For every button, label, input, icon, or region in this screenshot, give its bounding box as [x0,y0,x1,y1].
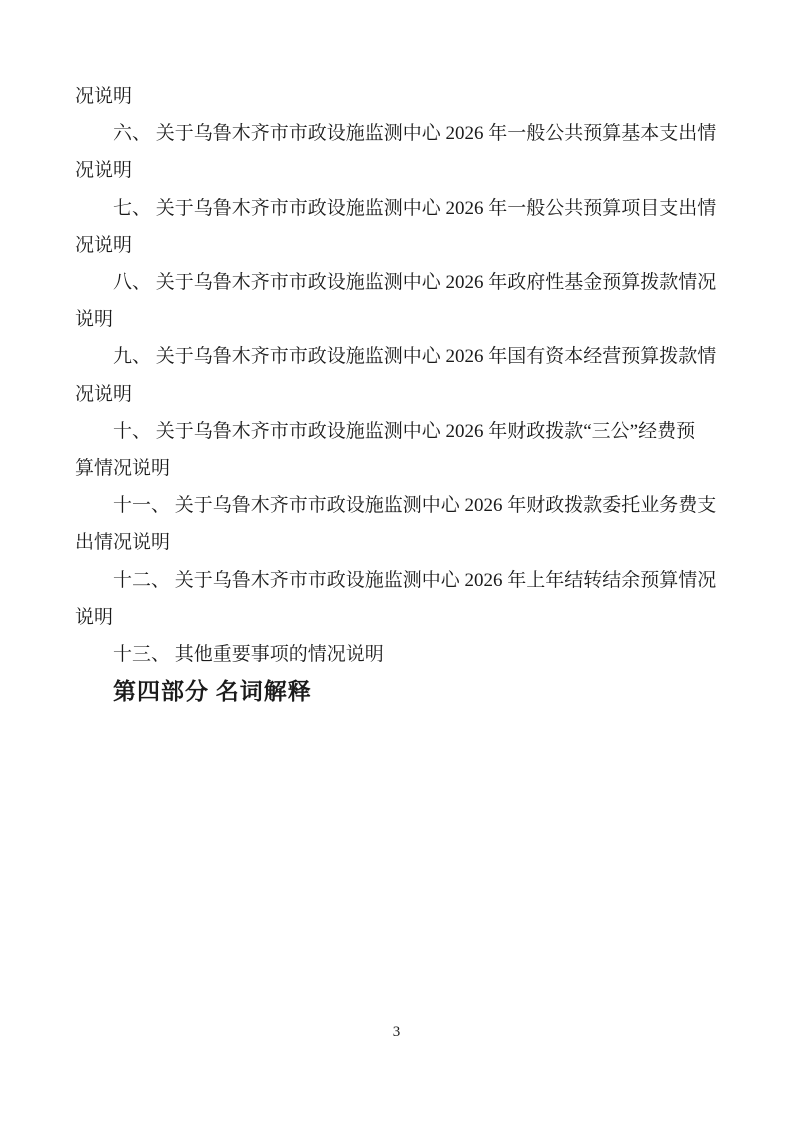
toc-item-12-line1: 十二、 关于乌鲁木齐市市政设施监测中心 2026 年上年结转结余预算情况 [75,562,725,599]
toc-item-10-line1: 十、 关于乌鲁木齐市市政设施监测中心 2026 年财政拨款“三公”经费预 [75,413,725,450]
toc-item-8-line2: 说明 [75,301,725,338]
document-page: 况说明 六、 关于乌鲁木齐市市政设施监测中心 2026 年一般公共预算基本支出情… [0,0,793,1122]
toc-item-11-line1: 十一、 关于乌鲁木齐市市政设施监测中心 2026 年财政拨款委托业务费支 [75,487,725,524]
section-4-heading: 第四部分 名词解释 [75,673,725,710]
toc-item-12-line2: 说明 [75,599,725,636]
toc-item-9-line1: 九、 关于乌鲁木齐市市政设施监测中心 2026 年国有资本经营预算拨款情 [75,338,725,375]
toc-item-8-line1: 八、 关于乌鲁木齐市市政设施监测中心 2026 年政府性基金预算拨款情况 [75,264,725,301]
page-number: 3 [0,1021,793,1043]
toc-item-7-line1: 七、 关于乌鲁木齐市市政设施监测中心 2026 年一般公共预算项目支出情 [75,190,725,227]
toc-item-7-line2: 况说明 [75,227,725,264]
toc-item-6-line1: 六、 关于乌鲁木齐市市政设施监测中心 2026 年一般公共预算基本支出情 [75,115,725,152]
toc-text-block: 况说明 六、 关于乌鲁木齐市市政设施监测中心 2026 年一般公共预算基本支出情… [75,78,725,710]
toc-item-10-line2: 算情况说明 [75,450,725,487]
toc-item-9-line2: 况说明 [75,376,725,413]
toc-continuation-line: 况说明 [75,78,725,115]
toc-item-11-line2: 出情况说明 [75,524,725,561]
toc-item-13: 十三、 其他重要事项的情况说明 [75,636,725,673]
toc-item-6-line2: 况说明 [75,152,725,189]
